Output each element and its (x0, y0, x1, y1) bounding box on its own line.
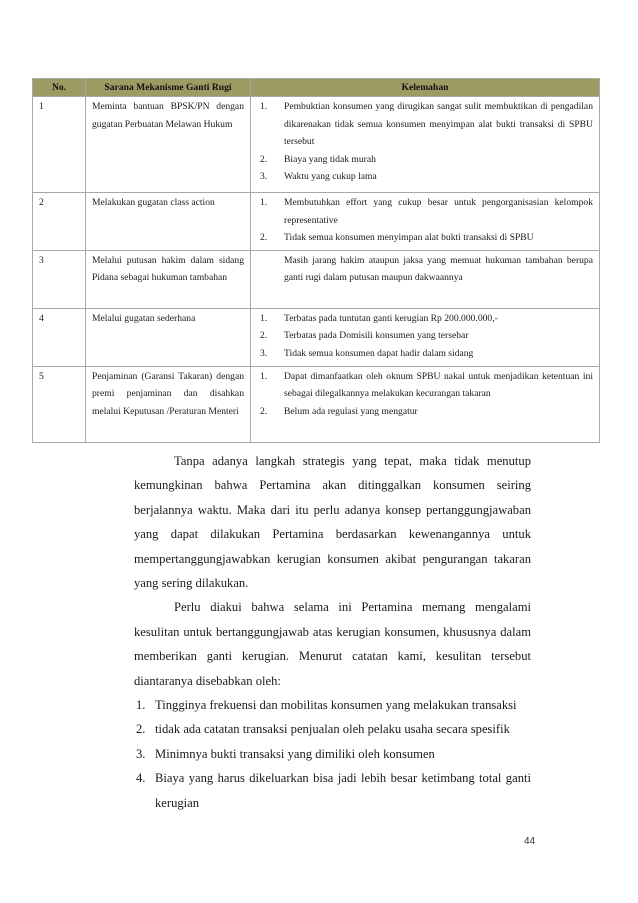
kelemahan-item: 2.Belum ada regulasi yang mengatur (257, 403, 593, 421)
reason-item: 4.Biaya yang harus dikeluarkan bisa jadi… (134, 766, 531, 815)
item-number: 1. (260, 194, 267, 212)
cell-kelemahan: Masih jarang hakim ataupun jaksa yang me… (251, 250, 600, 308)
item-number: 2. (260, 403, 267, 421)
table-row: 5 Penjaminan (Garansi Takaran) dengan pr… (33, 366, 600, 442)
paragraph-strategi: Tanpa adanya langkah strategis yang tepa… (134, 449, 531, 595)
kelemahan-text: Masih jarang hakim ataupun jaksa yang me… (257, 252, 593, 287)
cell-sarana: Melalui gugatan sederhana (86, 308, 251, 366)
item-number: 3. (136, 742, 145, 766)
kelemahan-item: 3.Tidak semua konsumen dapat hadir dalam… (257, 345, 593, 363)
table-row: 3 Melalui putusan hakim dalam sidang Pid… (33, 250, 600, 308)
body-section: Tanpa adanya langkah strategis yang tepa… (134, 449, 531, 815)
page-number: 44 (524, 836, 535, 847)
item-number: 2. (260, 327, 267, 345)
item-number: 3. (260, 345, 267, 363)
kelemahan-item: 2.Tidak semua konsumen menyimpan alat bu… (257, 229, 593, 247)
cell-kelemahan: 1.Pembuktian konsumen yang dirugikan san… (251, 97, 600, 193)
item-number: 2. (260, 151, 267, 169)
item-number: 1. (260, 368, 267, 386)
reason-item: 1.Tingginya frekuensi dan mobilitas kons… (134, 693, 531, 717)
kelemahan-item: 2.Biaya yang tidak murah (257, 151, 593, 169)
item-number: 1. (136, 693, 145, 717)
header-kelemahan: Kelemahan (251, 79, 600, 97)
ganti-rugi-table: No. Sarana Mekanisme Ganti Rugi Kelemaha… (32, 78, 600, 443)
kelemahan-item: 1.Membutuhkan effort yang cukup besar un… (257, 194, 593, 229)
table-row: 4 Melalui gugatan sederhana 1.Terbatas p… (33, 308, 600, 366)
kelemahan-item: 3.Waktu yang cukup lama (257, 168, 593, 186)
cell-kelemahan: 1.Membutuhkan effort yang cukup besar un… (251, 193, 600, 251)
reasons-list: 1.Tingginya frekuensi dan mobilitas kons… (134, 693, 531, 815)
cell-no: 5 (33, 366, 86, 442)
document-page: No. Sarana Mekanisme Ganti Rugi Kelemaha… (0, 0, 638, 903)
item-number: 3. (260, 168, 267, 186)
item-number: 1. (260, 98, 267, 116)
cell-sarana: Melalui putusan hakim dalam sidang Pidan… (86, 250, 251, 308)
cell-no: 3 (33, 250, 86, 308)
header-sarana: Sarana Mekanisme Ganti Rugi (86, 79, 251, 97)
item-text: Waktu yang cukup lama (284, 171, 377, 182)
item-text: Dapat dimanfaatkan oleh oknum SPBU nakal… (284, 371, 593, 400)
cell-kelemahan: 1.Dapat dimanfaatkan oleh oknum SPBU nak… (251, 366, 600, 442)
reason-item: 3.Minimnya bukti transaksi yang dimiliki… (134, 742, 531, 766)
table-row: 2 Melakukan gugatan class action 1.Membu… (33, 193, 600, 251)
cell-no: 1 (33, 97, 86, 193)
item-text: Biaya yang tidak murah (284, 154, 376, 165)
kelemahan-item: 1.Dapat dimanfaatkan oleh oknum SPBU nak… (257, 368, 593, 403)
paragraph-kesulitan: Perlu diakui bahwa selama ini Pertamina … (134, 595, 531, 693)
item-text: Tidak semua konsumen dapat hadir dalam s… (284, 348, 473, 359)
kelemahan-item: 1.Pembuktian konsumen yang dirugikan san… (257, 98, 593, 151)
item-text: Tidak semua konsumen menyimpan alat bukt… (284, 232, 534, 243)
item-text: Biaya yang harus dikeluarkan bisa jadi l… (155, 771, 531, 809)
item-text: Belum ada regulasi yang mengatur (284, 406, 418, 417)
header-no: No. (33, 79, 86, 97)
cell-no: 4 (33, 308, 86, 366)
item-text: tidak ada catatan transaksi penjualan ol… (155, 722, 510, 736)
item-text: Terbatas pada tuntutan ganti kerugian Rp… (284, 313, 498, 324)
item-text: Pembuktian konsumen yang dirugikan sanga… (284, 101, 593, 147)
kelemahan-item: 2.Terbatas pada Domisili konsumen yang t… (257, 327, 593, 345)
cell-sarana: Meminta bantuan BPSK/PN dengan gugatan P… (86, 97, 251, 193)
item-text: Tingginya frekuensi dan mobilitas konsum… (155, 698, 517, 712)
item-number: 2. (136, 717, 145, 741)
cell-sarana: Penjaminan (Garansi Takaran) dengan prem… (86, 366, 251, 442)
item-number: 4. (136, 766, 145, 790)
cell-kelemahan: 1.Terbatas pada tuntutan ganti kerugian … (251, 308, 600, 366)
kelemahan-item: 1.Terbatas pada tuntutan ganti kerugian … (257, 310, 593, 328)
cell-no: 2 (33, 193, 86, 251)
table-row: 1 Meminta bantuan BPSK/PN dengan gugatan… (33, 97, 600, 193)
item-text: Minimnya bukti transaksi yang dimiliki o… (155, 747, 435, 761)
cell-sarana: Melakukan gugatan class action (86, 193, 251, 251)
item-number: 1. (260, 310, 267, 328)
item-number: 2. (260, 229, 267, 247)
table-header-row: No. Sarana Mekanisme Ganti Rugi Kelemaha… (33, 79, 600, 97)
item-text: Membutuhkan effort yang cukup besar untu… (284, 197, 593, 226)
reason-item: 2.tidak ada catatan transaksi penjualan … (134, 717, 531, 741)
item-text: Terbatas pada Domisili konsumen yang ter… (284, 330, 469, 341)
